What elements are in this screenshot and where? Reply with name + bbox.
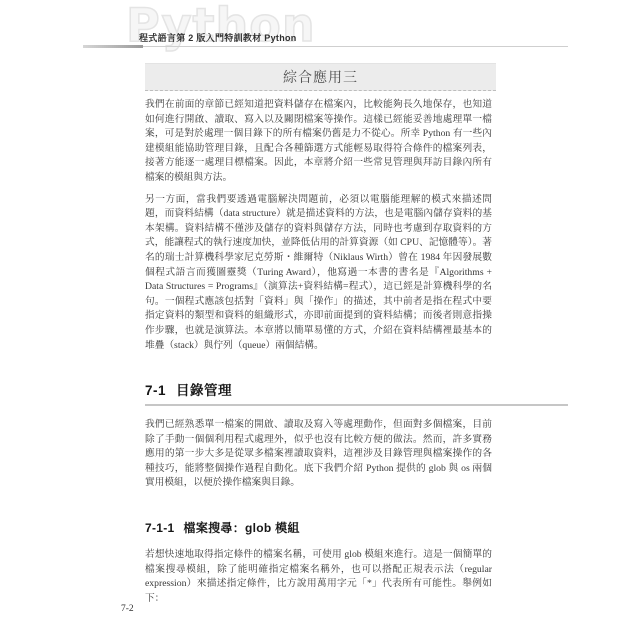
subsection-title: 檔案搜尋：glob 模組 <box>184 521 300 535</box>
chapter-banner: 綜合應用三 <box>145 63 496 91</box>
intro-paragraph-1: 我們在前面的章節已經知道把資料儲存在檔案內，比較能夠長久地保存，也知道如何進行開… <box>145 98 492 186</box>
running-header-title: 程式語言第 2 版入門特訓教材 Python <box>139 31 297 44</box>
chapter-banner-title: 綜合應用三 <box>283 69 358 85</box>
book-page: Python 程式語言第 2 版入門特訓教材 Python 綜合應用三 我們在前… <box>0 0 640 640</box>
header-rule-accent <box>83 45 143 48</box>
subsection-number: 7-1-1 <box>145 521 175 535</box>
intro-paragraph-2: 另一方面，當我們要透過電腦解決問題前，必須以電腦能理解的模式來描述問題，而資料結… <box>145 193 492 354</box>
section-heading: 7-1目錄管理 <box>145 379 568 406</box>
page-content: 我們在前面的章節已經知道把資料儲存在檔案內，比較能夠長久地保存，也知道如何進行開… <box>145 98 492 613</box>
section-paragraph: 我們已經熟悉單一檔案的開啟、讀取及寫入等處理動作，但面對多個檔案，目前除了手動一… <box>145 418 492 491</box>
page-number: 7-2 <box>121 604 134 614</box>
header-rule <box>143 46 568 47</box>
section-title: 目錄管理 <box>176 383 232 398</box>
python-watermark-text: Python <box>126 0 316 52</box>
subsection-paragraph: 若想快速地取得指定條件的檔案名稱，可使用 glob 模組來進行。這是一個簡單的檔… <box>145 548 492 606</box>
section-number: 7-1 <box>145 383 166 398</box>
subsection-heading: 7-1-1檔案搜尋：glob 模組 <box>145 519 492 536</box>
